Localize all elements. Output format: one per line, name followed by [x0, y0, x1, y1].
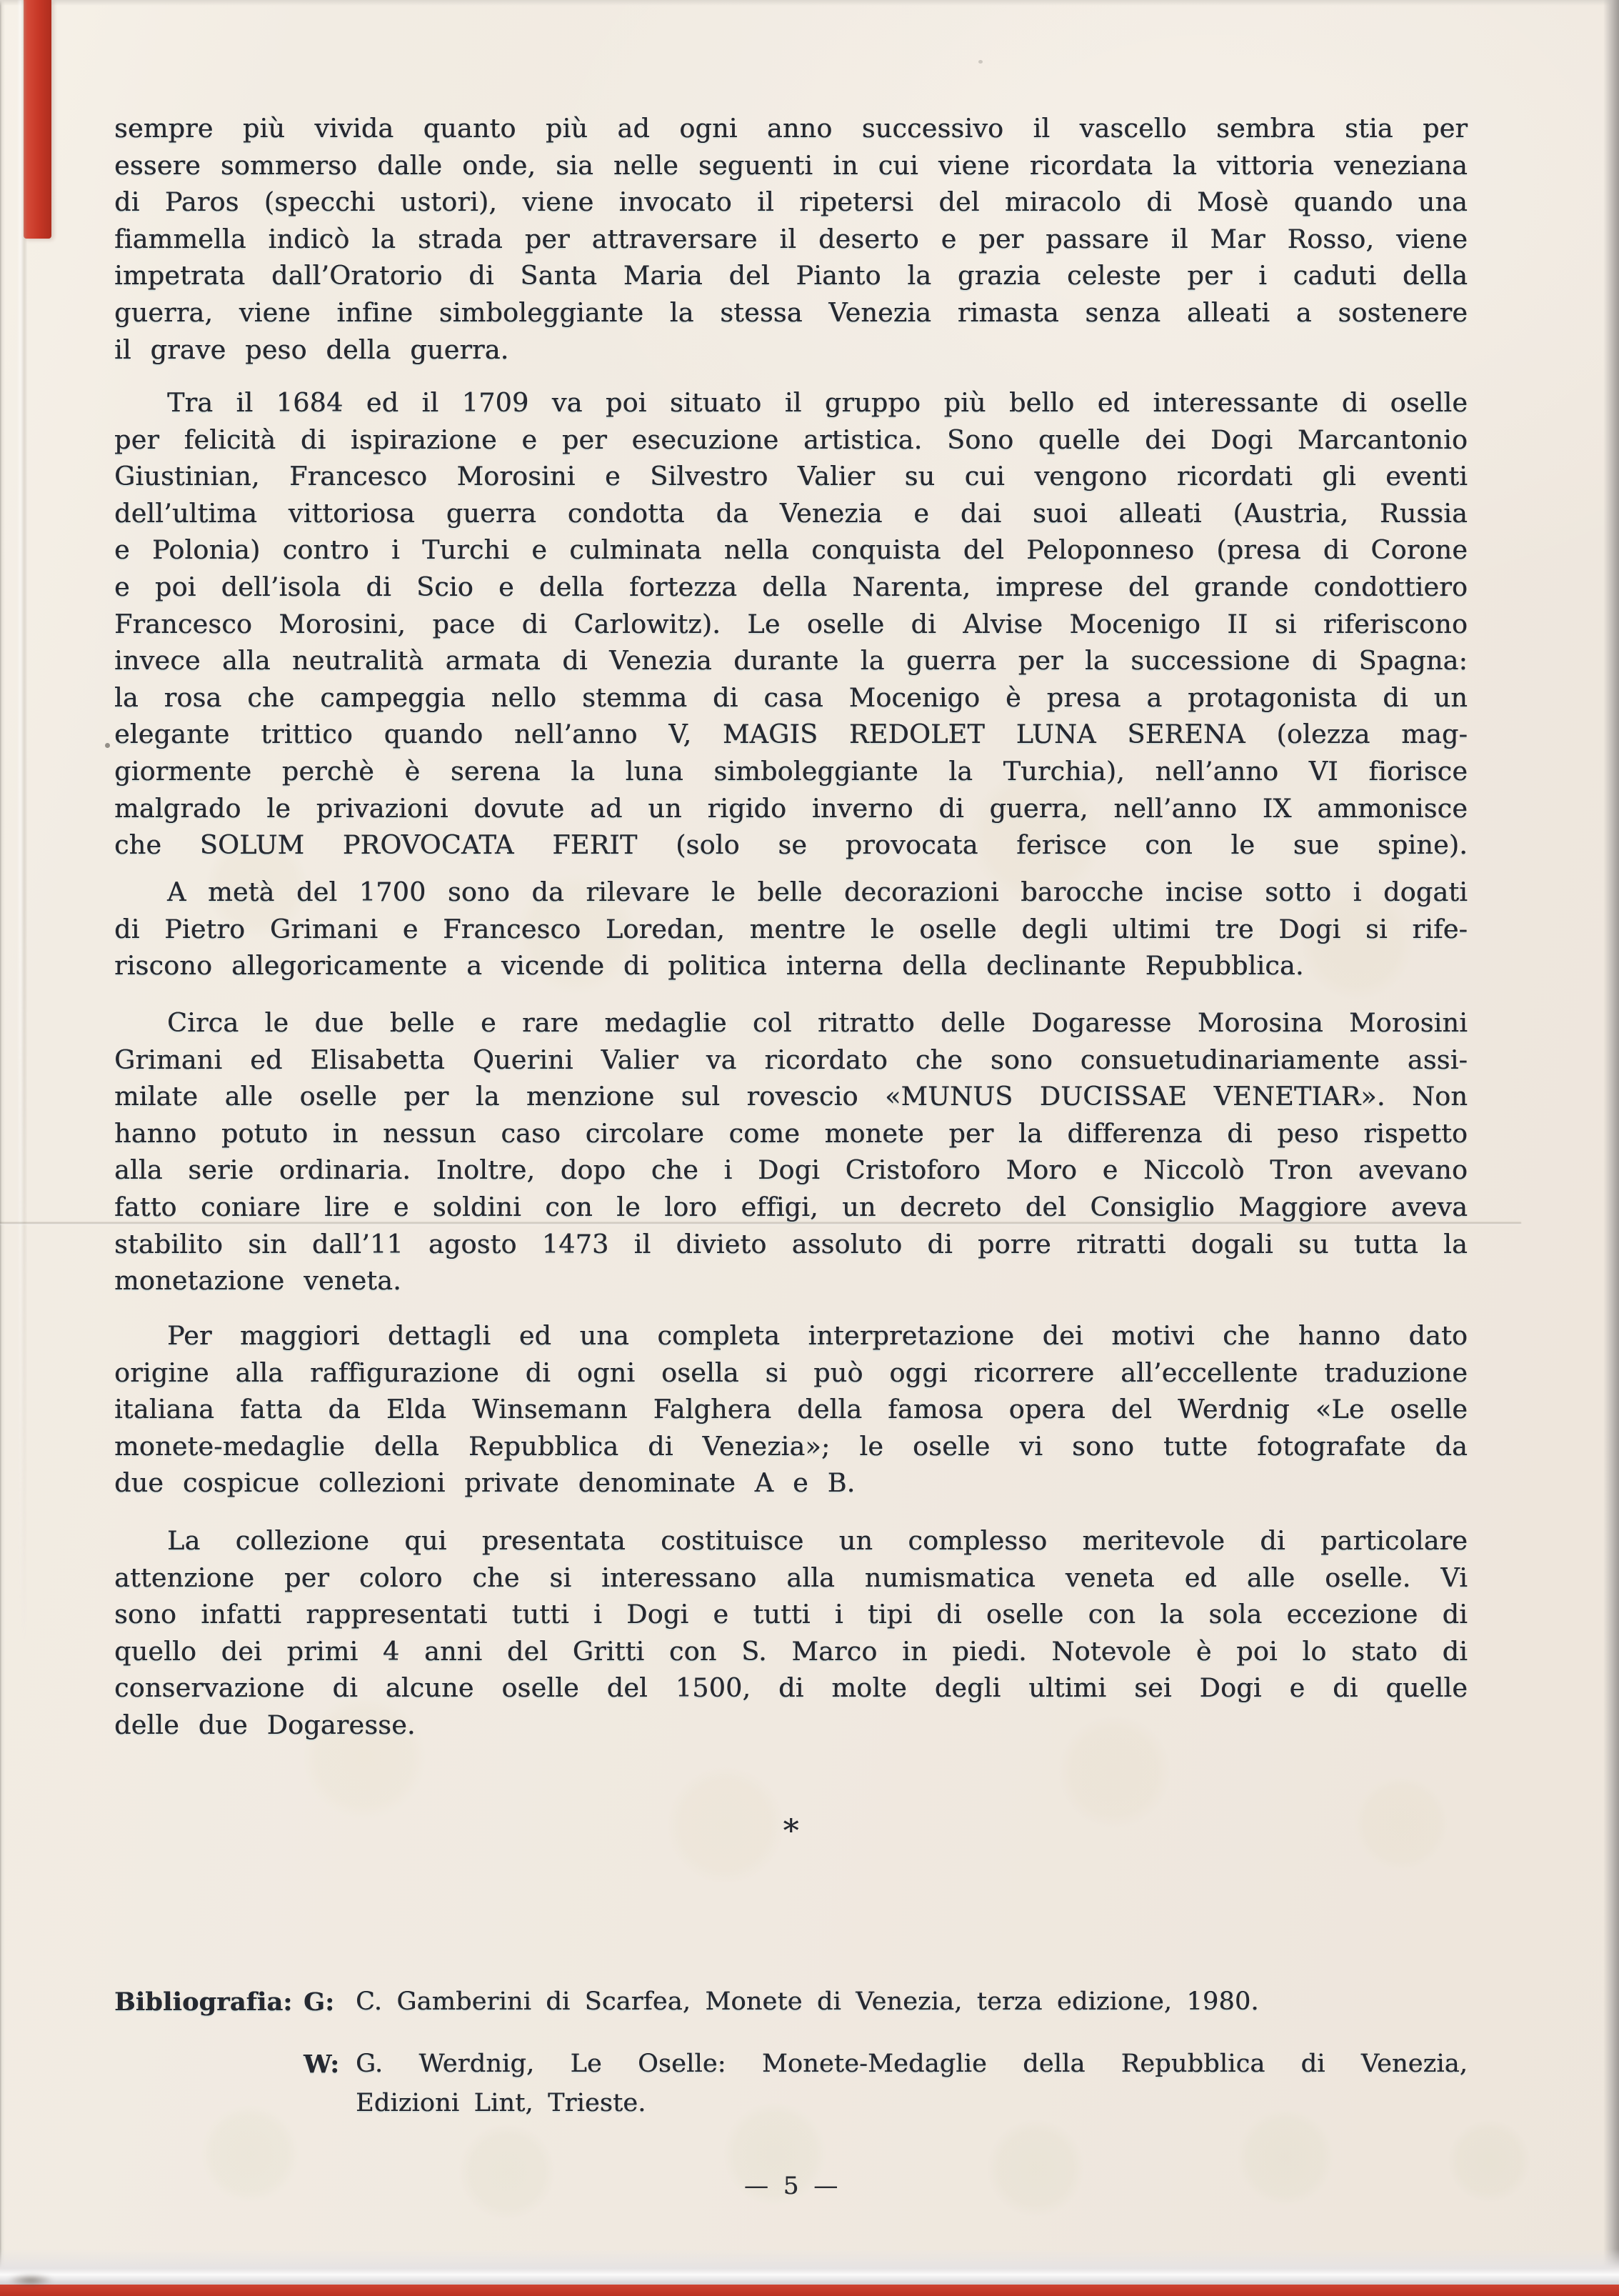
page-edge-shadow-bottom — [0, 2249, 1619, 2285]
bibliography-label: Bibliografia: — [114, 1982, 292, 2022]
text-line: La collezione qui presentata costituisce… — [114, 1522, 1468, 1559]
text-line: e Polonia) contro i Turchi e culminata n… — [114, 531, 1468, 569]
text-line: Giustinian, Francesco Morosini e Silvest… — [114, 458, 1468, 495]
page-edge-shadow-right — [1603, 0, 1619, 2296]
text-line: impetrata dall’Oratorio di Santa Maria d… — [114, 257, 1468, 294]
asterisk-separator: * — [114, 1813, 1468, 1850]
text-line: Edizioni Lint, Trieste. — [356, 2084, 1468, 2123]
paragraph-2: Tra il 1684 ed il 1709 va poi situato il… — [114, 384, 1468, 864]
bibliography-key-g: G: — [304, 1982, 334, 2022]
text-line: guerra, viene infine simboleggiante la s… — [114, 294, 1468, 331]
paragraph-5: Per maggiori dettagli ed una completa in… — [114, 1317, 1468, 1502]
bibliography-entry: G. Werdnig, Le Oselle: Monete-Medaglie d… — [356, 2045, 1468, 2123]
text-line: Francesco Morosini, pace di Carlowitz). … — [114, 606, 1468, 643]
text-line: di Paros (specchi ustori), viene invocat… — [114, 184, 1468, 221]
bibliography-entry: C. Gamberini di Scarfea, Monete di Venez… — [356, 1982, 1468, 2022]
text-line: G. Werdnig, Le Oselle: Monete-Medaglie d… — [356, 2045, 1468, 2084]
text-line: che SOLUM PROVOCATA FERIT (solo se provo… — [114, 827, 1468, 864]
text-line: quello dei primi 4 anni del Gritti con S… — [114, 1633, 1468, 1670]
bibliography-key-w: W: — [304, 2045, 339, 2084]
text-line: invece alla neutralità armata di Venezia… — [114, 642, 1468, 679]
text-line: sempre più vivida quanto più ad ogni ann… — [114, 110, 1468, 147]
text-line: attenzione per coloro che si interessano… — [114, 1559, 1468, 1597]
text-line: essere sommerso dalle onde, sia nelle se… — [114, 147, 1468, 184]
text-line: e poi dell’isola di Scio e della fortezz… — [114, 569, 1468, 606]
paragraph-6: La collezione qui presentata costituisce… — [114, 1522, 1468, 1744]
ink-speck — [105, 743, 110, 748]
text-line: milate alle oselle per la menzione sul r… — [114, 1078, 1468, 1115]
text-line: delle due Dogaresse. — [114, 1707, 1468, 1744]
text-line: Per maggiori dettagli ed una completa in… — [114, 1317, 1468, 1354]
book-cover-red-edge-left — [24, 0, 51, 239]
text-line: fatto coniare lire e soldini con le loro… — [114, 1189, 1468, 1226]
text-line: riscono allegoricamente a vicende di pol… — [114, 947, 1468, 984]
text-line: due cospicue collezioni private denomina… — [114, 1464, 1468, 1502]
text-line: elegante trittico quando nell’anno V, MA… — [114, 716, 1468, 753]
text-line: alla serie ordinaria. Inoltre, dopo che … — [114, 1152, 1468, 1189]
text-line: dell’ultima vittoriosa guerra condotta d… — [114, 495, 1468, 532]
ink-speck — [978, 60, 983, 64]
text-line: hanno potuto in nessun caso circolare co… — [114, 1115, 1468, 1152]
text-line: conservazione di alcune oselle del 1500,… — [114, 1669, 1468, 1707]
text-line: il grave peso della guerra. — [114, 331, 1468, 369]
text-line: di Pietro Grimani e Francesco Loredan, m… — [114, 911, 1468, 948]
scan-smudge-bottom-left — [0, 2272, 61, 2289]
text-line: monete-medaglie della Repubblica di Vene… — [114, 1428, 1468, 1465]
paragraph-4: Circa le due belle e rare medaglie col r… — [114, 1004, 1468, 1299]
text-line: sono infatti rappresentati tutti i Dogi … — [114, 1596, 1468, 1633]
text-line: Circa le due belle e rare medaglie col r… — [114, 1004, 1468, 1042]
text-line: Grimani ed Elisabetta Querini Valier va … — [114, 1042, 1468, 1079]
paragraph-3: A metà del 1700 sono da rilevare le bell… — [114, 874, 1468, 984]
text-line: stabilito sin dall’11 agosto 1473 il div… — [114, 1226, 1468, 1263]
text-line: origine alla raffigurazione di ogni osel… — [114, 1354, 1468, 1392]
text-line: la rosa che campeggia nello stemma di ca… — [114, 679, 1468, 717]
page-crease-vertical — [17, 0, 27, 1643]
page-number: — 5 — — [114, 2172, 1468, 2200]
text-line: italiana fatta da Elda Winsemann Falgher… — [114, 1391, 1468, 1428]
paragraph-1: sempre più vivida quanto più ad ogni ann… — [114, 110, 1468, 368]
text-line: per felicità di ispirazione e per esecuz… — [114, 421, 1468, 459]
text-line: malgrado le privazioni dovute ad un rigi… — [114, 790, 1468, 827]
page-edge-left — [0, 0, 5, 2296]
text-line: giormente perchè è serena la luna simbol… — [114, 753, 1468, 790]
page-edge-top — [0, 0, 1619, 6]
scanned-book-page: sempre più vivida quanto più ad ogni ann… — [0, 0, 1619, 2296]
text-line: A metà del 1700 sono da rilevare le bell… — [114, 874, 1468, 911]
text-line: fiammella indicò la strada per attravers… — [114, 221, 1468, 258]
text-line: monetazione veneta. — [114, 1262, 1468, 1299]
book-cover-red-edge-bottom — [0, 2285, 1619, 2296]
text-line: Tra il 1684 ed il 1709 va poi situato il… — [114, 384, 1468, 421]
